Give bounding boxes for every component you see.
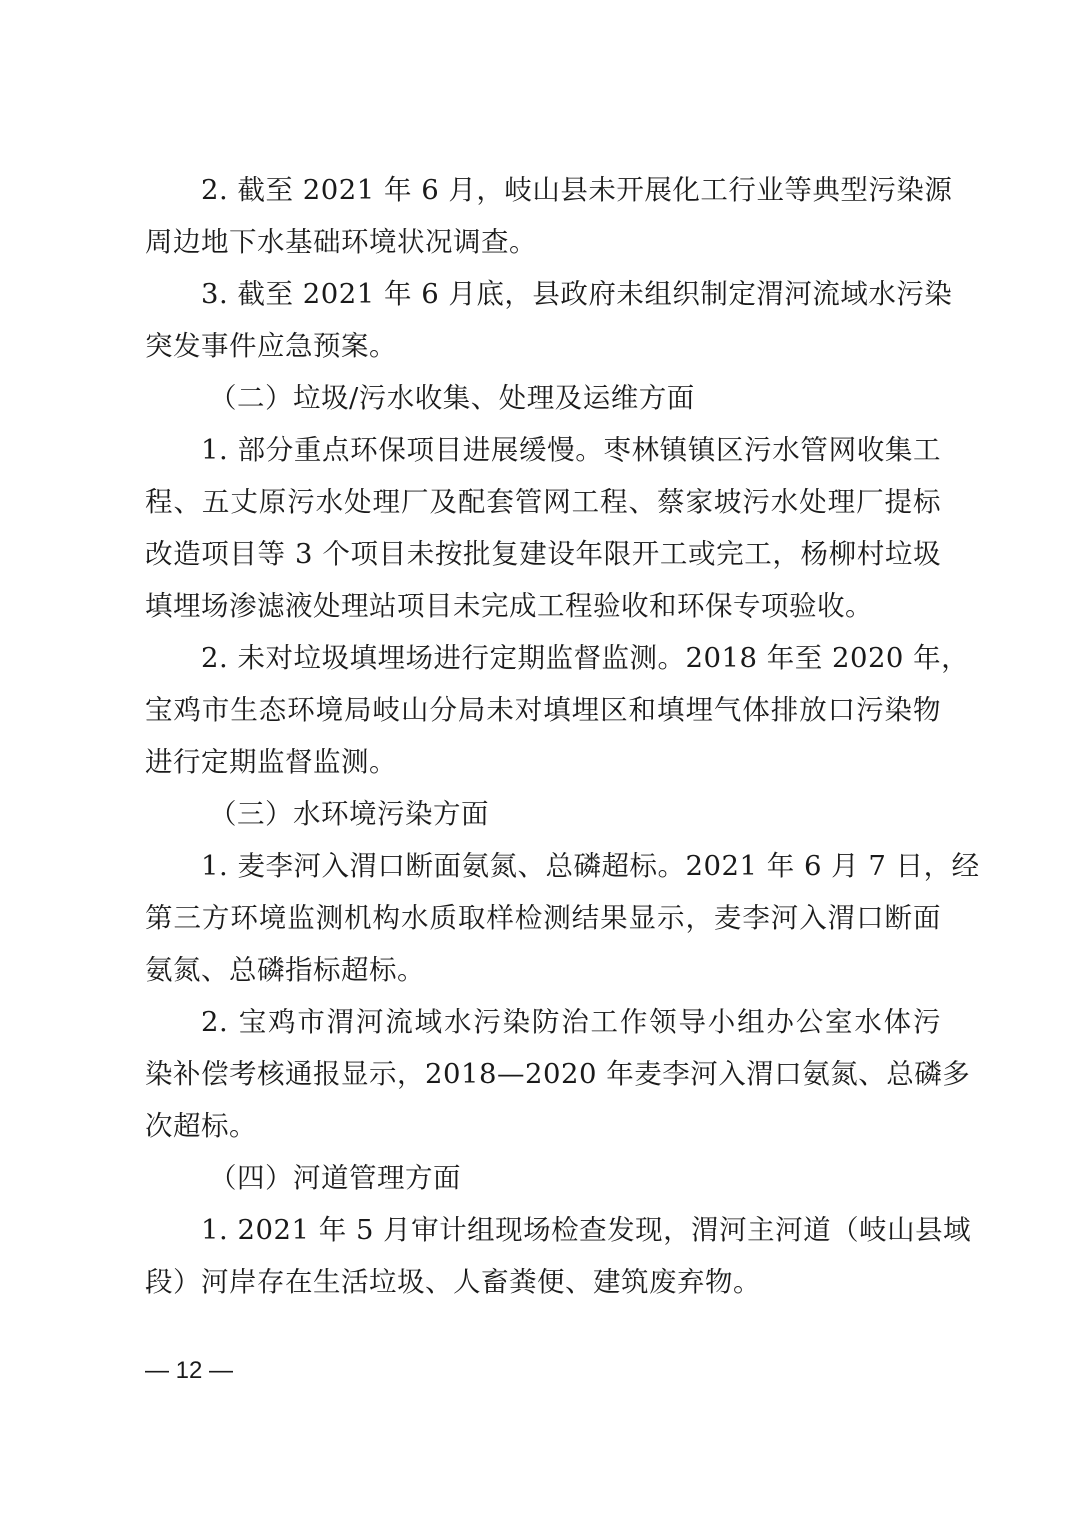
paragraph-2-1-line-2: 程、五丈原污水处理厂及配套管网工程、蔡家坡污水处理厂提标 [145, 476, 941, 528]
paragraph-3-2-line-2: 染补偿考核通报显示，2018—2020 年麦李河入渭口氨氮、总磷多 [145, 1048, 941, 1100]
paragraph-2-1-line-4: 填埋场渗滤液处理站项目未完成工程验收和环保专项验收。 [145, 580, 873, 632]
paragraph-3-1-line-3: 氨氮、总磷指标超标。 [145, 944, 425, 996]
paragraph-item-3-line-1: 3. 截至 2021 年 6 月底，县政府未组织制定渭河流域水污染 [145, 268, 941, 320]
paragraph-2-1-line-3: 改造项目等 3 个项目未按批复建设年限开工或完工，杨柳村垃圾 [145, 528, 941, 580]
paragraph-item-3-line-2: 突发事件应急预案。 [145, 320, 397, 372]
paragraph-3-1-line-2: 第三方环境监测机构水质取样检测结果显示，麦李河入渭口断面 [145, 892, 941, 944]
section-heading-3: （三）水环境污染方面 [145, 788, 489, 840]
section-heading-2: （二）垃圾/污水收集、处理及运维方面 [145, 372, 695, 424]
page-number: — 12 — [145, 1356, 233, 1386]
paragraph-2-2-line-1: 2. 未对垃圾填埋场进行定期监督监测。2018 年至 2020 年， [145, 632, 941, 684]
paragraph-3-2-line-1: 2. 宝鸡市渭河流域水污染防治工作领导小组办公室水体污 [145, 996, 941, 1048]
paragraph-4-1-line-1: 1. 2021 年 5 月审计组现场检查发现，渭河主河道（岐山县域 [145, 1204, 941, 1256]
paragraph-4-1-line-2: 段）河岸存在生活垃圾、人畜粪便、建筑废弃物。 [145, 1256, 761, 1308]
paragraph-item-2-line-1: 2. 截至 2021 年 6 月，岐山县未开展化工行业等典型污染源 [145, 164, 941, 216]
paragraph-2-2-line-3: 进行定期监督监测。 [145, 736, 397, 788]
paragraph-3-2-line-3: 次超标。 [145, 1100, 257, 1152]
paragraph-2-1-line-1: 1. 部分重点环保项目进展缓慢。枣林镇镇区污水管网收集工 [145, 424, 941, 476]
section-heading-4: （四）河道管理方面 [145, 1152, 461, 1204]
paragraph-item-2-line-2: 周边地下水基础环境状况调查。 [145, 216, 537, 268]
paragraph-2-2-line-2: 宝鸡市生态环境局岐山分局未对填埋区和填埋气体排放口污染物 [145, 684, 941, 736]
paragraph-3-1-line-1: 1. 麦李河入渭口断面氨氮、总磷超标。2021 年 6 月 7 日，经 [145, 840, 941, 892]
